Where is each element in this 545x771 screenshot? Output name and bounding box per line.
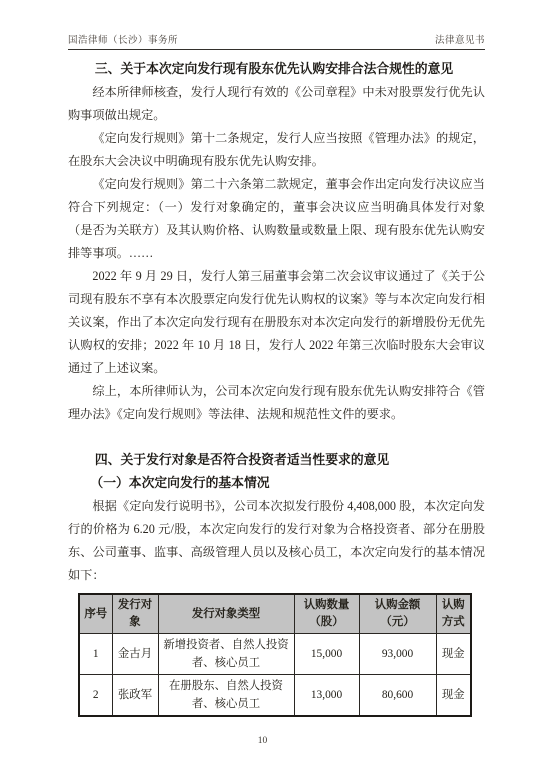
cell-target-name: 张政军: [112, 675, 158, 717]
cell-target-type: 在册股东、自然人投资者、核心员工: [158, 675, 294, 717]
cell-subscription-quantity: 13,000: [294, 675, 359, 717]
column-header-target-type: 发行对象类型: [158, 594, 294, 634]
section-3-paragraph-3: 《定向发行规则》第二十六条第二款规定，董事会作出定向发行决议应当符合下列规定：（…: [68, 173, 485, 265]
header-firm-name: 国浩律师（长沙）事务所: [68, 32, 178, 46]
cell-index: 1: [79, 634, 112, 675]
section-3-paragraph-5: 综上，本所律师认为，公司本次定向发行现有股东优先认购安排符合《管理办法》《定向发…: [68, 380, 485, 426]
column-header-subscription-quantity: 认购数量（股）: [294, 594, 359, 634]
table-header-row: 序号 发行对象 发行对象类型 认购数量（股） 认购金额（元） 认购方式: [79, 594, 471, 634]
section-3-paragraph-2: 《定向发行规则》第十二条规定，发行人应当按照《管理办法》的规定，在股东大会决议中…: [68, 127, 485, 173]
column-header-subscription-amount: 认购金额（元）: [359, 594, 436, 634]
document-body: 三、关于本次定向发行现有股东优先认购安排合法合规性的意见 经本所律师核查，发行人…: [68, 58, 485, 717]
table-row: 2 张政军 在册股东、自然人投资者、核心员工 13,000 80,600 现金: [79, 675, 471, 717]
section-4-intro-paragraph: 根据《定向发行说明书》，公司本次拟发行股份 4,408,000 股，本次定向发行…: [68, 495, 485, 587]
header-doc-type: 法律意见书: [435, 32, 485, 46]
column-header-subscription-method: 认购方式: [436, 594, 471, 634]
cell-subscription-quantity: 15,000: [294, 634, 359, 675]
column-header-target: 发行对象: [112, 594, 158, 634]
cell-target-type: 新增投资者、自然人投资者、核心员工: [158, 634, 294, 675]
page-number: 10: [0, 736, 525, 746]
table-row: 1 金古月 新增投资者、自然人投资者、核心员工 15,000 93,000 现金: [79, 634, 471, 675]
cell-subscription-method: 现金: [436, 634, 471, 675]
document-header: 国浩律师（长沙）事务所 法律意见书: [68, 32, 485, 46]
section-3-paragraph-1: 经本所律师核查，发行人现行有效的《公司章程》中未对股票发行优先认购事项做出规定。: [68, 81, 485, 127]
issuance-targets-table: 序号 发行对象 发行对象类型 认购数量（股） 认购金额（元） 认购方式 1 金古…: [78, 593, 472, 717]
cell-subscription-amount: 93,000: [359, 634, 436, 675]
cell-subscription-amount: 80,600: [359, 675, 436, 717]
section-3-heading: 三、关于本次定向发行现有股东优先认购安排合法合规性的意见: [68, 58, 485, 81]
cell-subscription-method: 现金: [436, 675, 471, 717]
section-3-paragraph-4: 2022 年 9 月 29 日，发行人第三届董事会第二次会议审议通过了《关于公司…: [68, 265, 485, 380]
section-4-heading: 四、关于发行对象是否符合投资者适当性要求的意见: [68, 449, 485, 472]
document-page: 国浩律师（长沙）事务所 法律意见书 三、关于本次定向发行现有股东优先认购安排合法…: [0, 0, 545, 771]
cell-index: 2: [79, 675, 112, 717]
section-4-sub-heading: （一）本次定向发行的基本情况: [68, 472, 485, 495]
header-divider: [68, 49, 485, 50]
cell-target-name: 金古月: [112, 634, 158, 675]
column-header-index: 序号: [79, 594, 112, 634]
